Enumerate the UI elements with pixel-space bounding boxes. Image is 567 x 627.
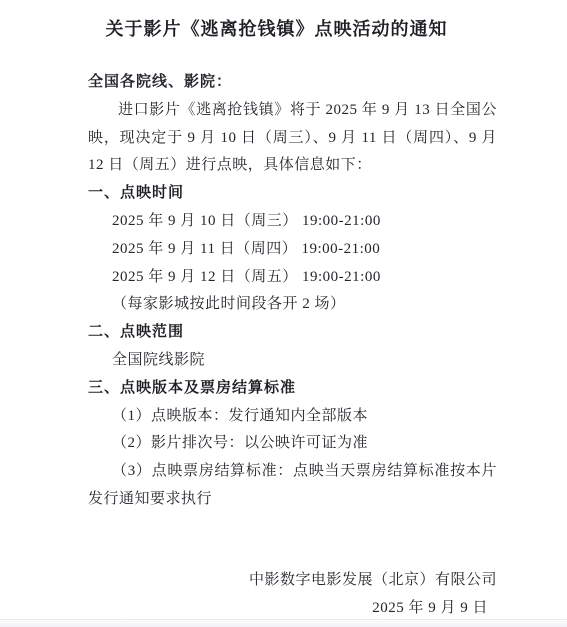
section-1-heading: 一、点映时间 xyxy=(88,180,497,208)
settlement-item-3: （3）点映票房结算标准：点映当天票房结算标准按本片发行通知要求执行 xyxy=(88,458,497,514)
section-2-heading: 二、点映范围 xyxy=(88,319,497,347)
settlement-item-1: （1）点映版本：发行通知内全部版本 xyxy=(88,403,497,431)
notice-title: 关于影片《逃离抢钱镇》点映活动的通知 xyxy=(88,16,465,42)
settlement-item-2: （2）影片排次号：以公映许可证为准 xyxy=(88,430,497,458)
salutation-line: 全国各院线、影院： xyxy=(88,69,497,97)
screening-time-line-1: 2025 年 9 月 10 日（周三） 19:00-21:00 xyxy=(88,208,497,236)
intro-paragraph: 进口影片《逃离抢钱镇》将于 2025 年 9 月 13 日全国公映，现决定于 9… xyxy=(88,97,497,180)
screening-scope-line: 全国院线影院 xyxy=(88,347,497,375)
page-bottom-edge xyxy=(0,619,567,627)
screening-time-line-3: 2025 年 9 月 12 日（周五） 19:00-21:00 xyxy=(88,264,497,292)
screening-time-note: （每家影城按此时间段各开 2 场） xyxy=(88,291,497,319)
screening-time-line-2: 2025 年 9 月 11 日（周四） 19:00-21:00 xyxy=(88,236,497,264)
section-3-heading: 三、点映版本及票房结算标准 xyxy=(88,375,497,403)
signature-block: 中影数字电影发展（北京）有限公司 2025 年 9 月 9 日 xyxy=(88,567,497,623)
issuing-company: 中影数字电影发展（北京）有限公司 xyxy=(88,567,497,595)
notice-document-page: 关于影片《逃离抢钱镇》点映活动的通知 全国各院线、影院： 进口影片《逃离抢钱镇》… xyxy=(0,0,567,627)
